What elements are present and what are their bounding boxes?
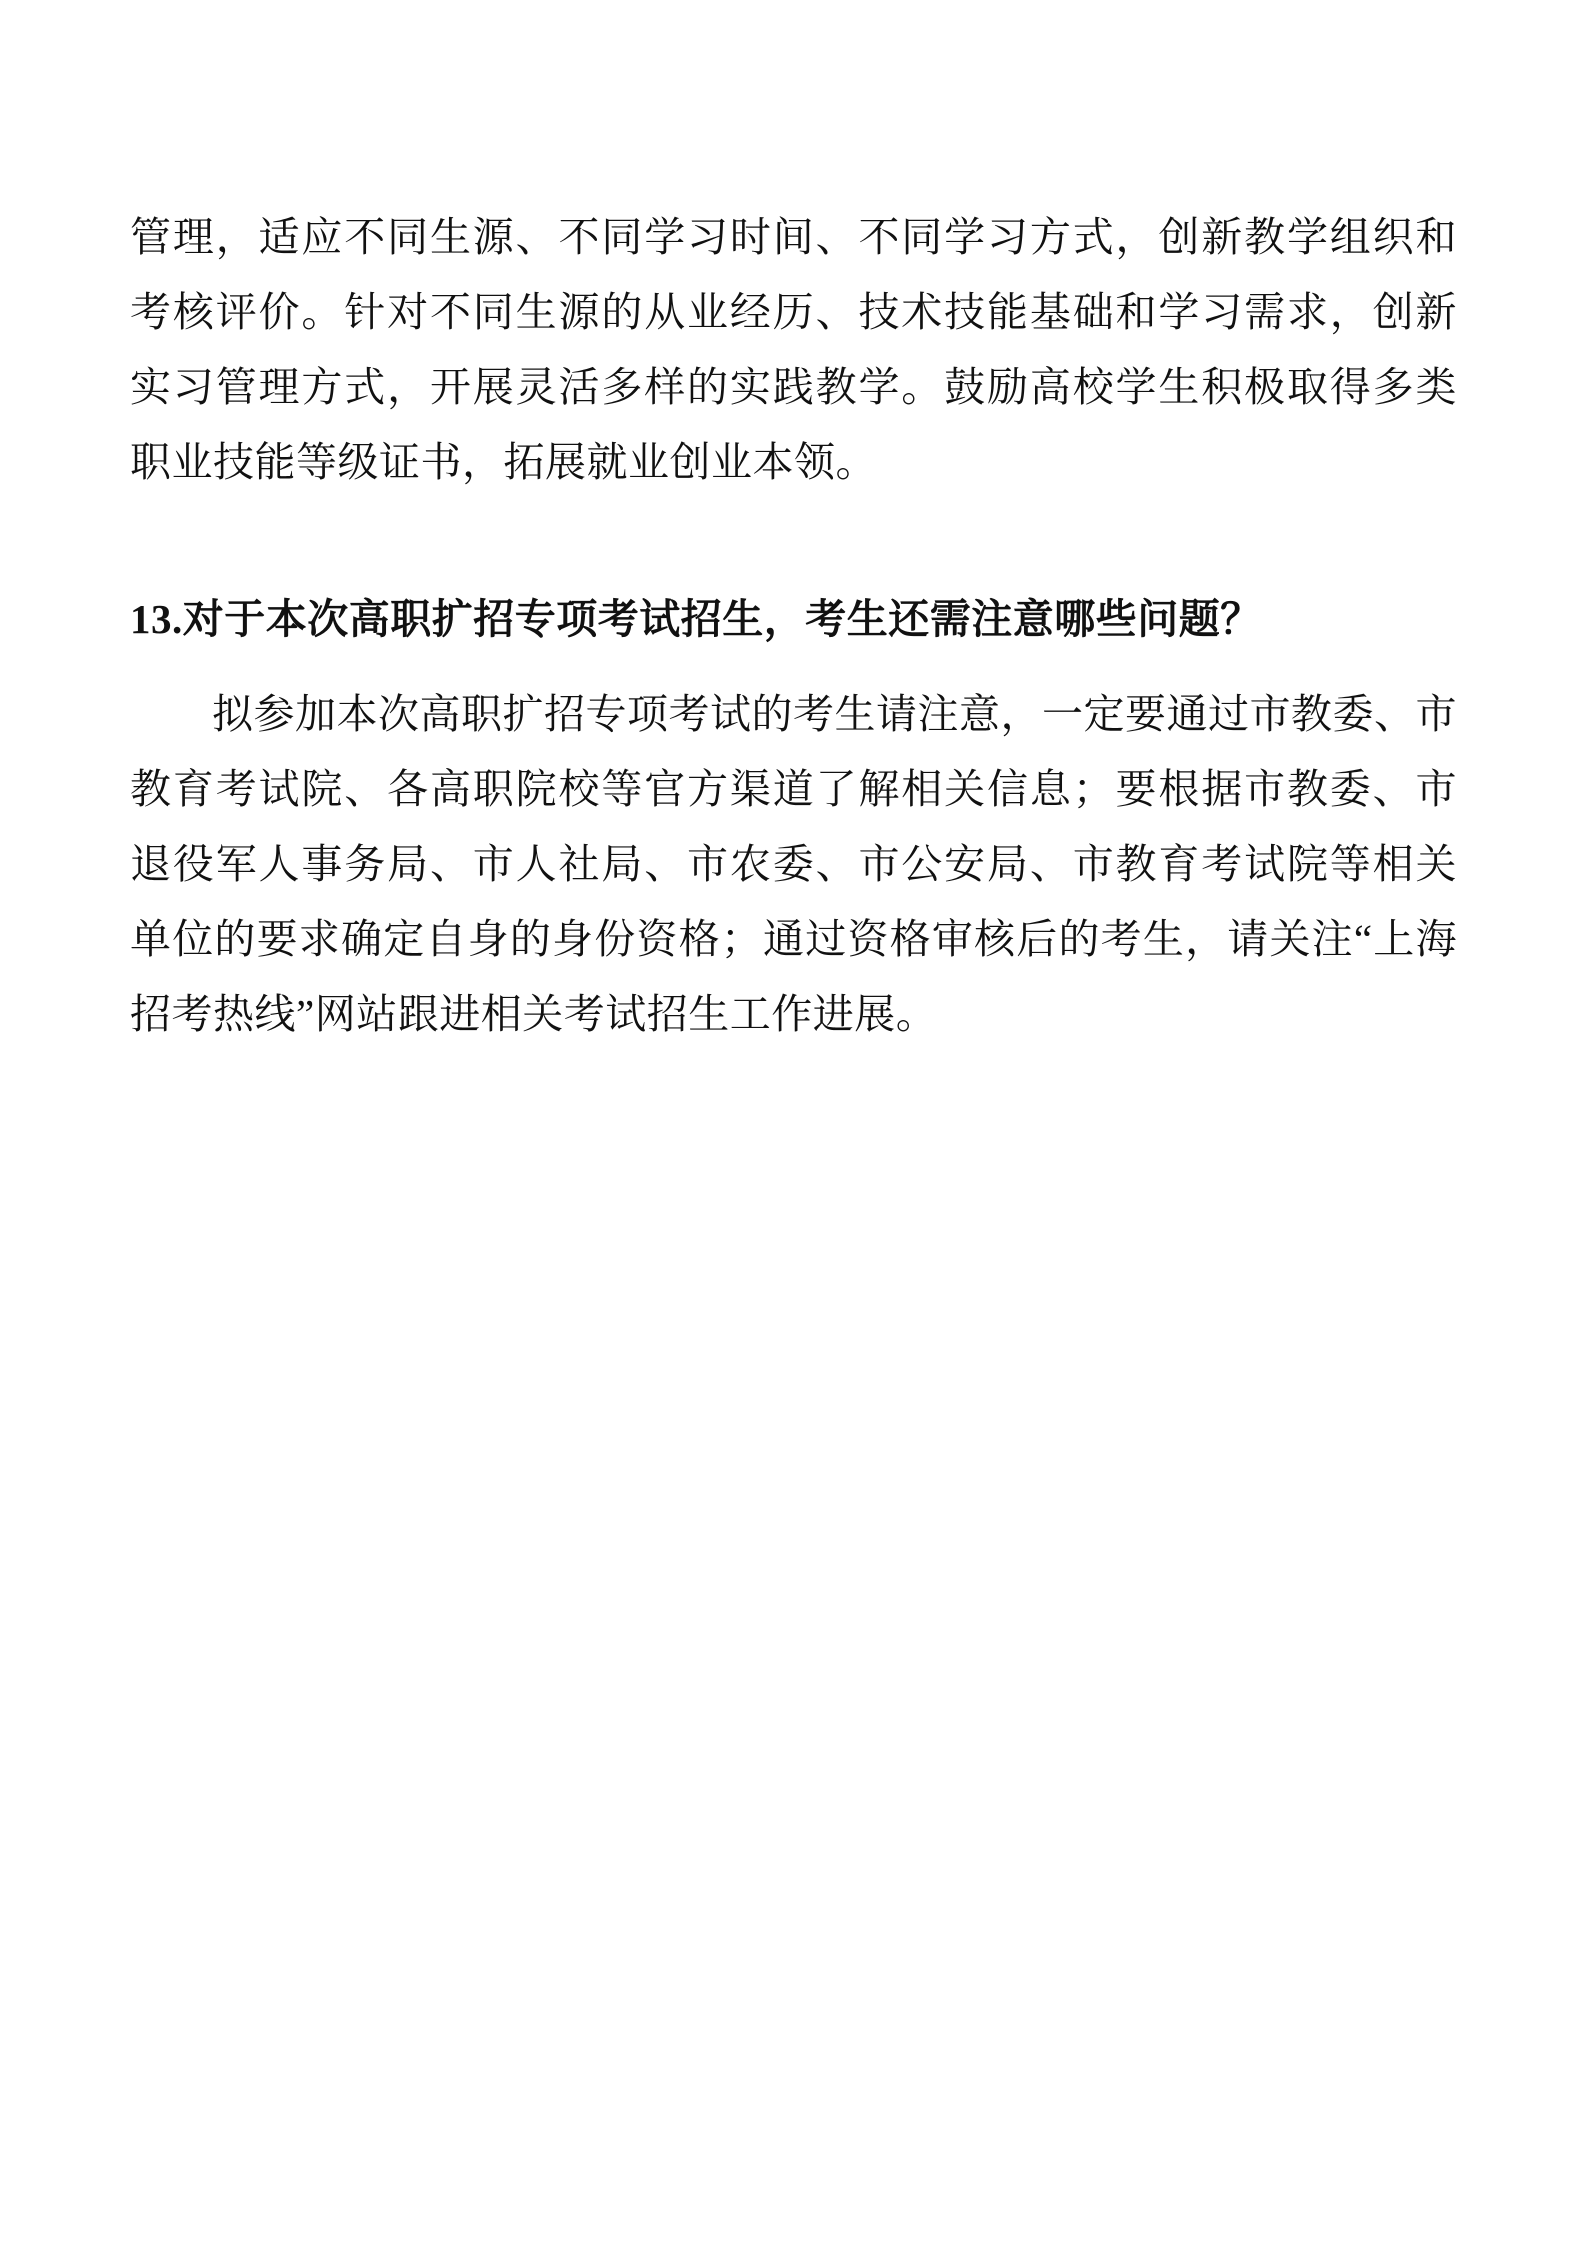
question-13-heading: 13.对于本次高职扩招专项考试招生，考生还需注意哪些问题？ [130,582,1457,657]
paragraph-continuation: 管理，适应不同生源、不同学习时间、不同学习方式，创新教学组织和考核评价。针对不同… [130,200,1457,500]
answer-paragraph: 拟参加本次高职扩招专项考试的考生请注意，一定要通过市教委、市教育考试院、各高职院… [130,677,1457,1052]
document-page: 管理，适应不同生源、不同学习时间、不同学习方式，创新教学组织和考核评价。针对不同… [0,0,1587,2245]
